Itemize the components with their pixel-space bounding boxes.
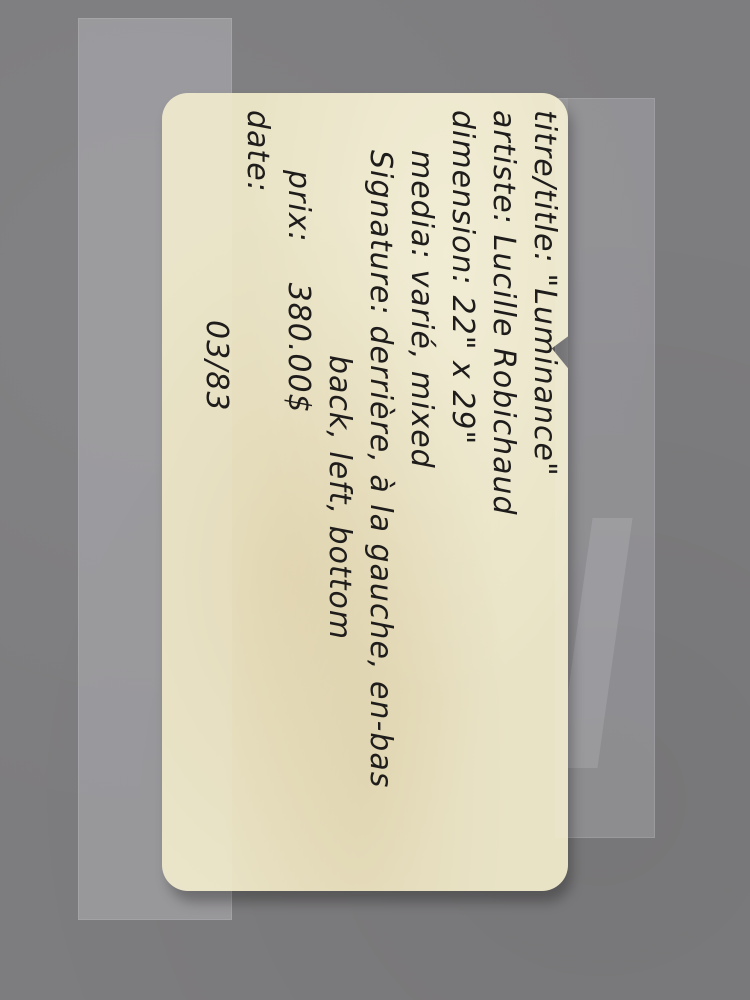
signature-line: Signature:derrière, à la gauche, en-bas: [360, 110, 401, 850]
date-value: 03/83: [196, 320, 237, 411]
date-key: date:: [237, 110, 278, 193]
price-value: 380.00$: [278, 283, 319, 414]
date-value-line: 03/83: [196, 110, 237, 850]
date-line: date:: [237, 110, 278, 850]
artist-value: Lucille Robichaud: [483, 235, 524, 516]
media-key: media:: [401, 150, 442, 260]
title-line: titre/title:"Luminance": [524, 110, 565, 850]
price-key: prix:: [278, 170, 319, 243]
signature-key: Signature:: [360, 150, 401, 316]
handwritten-label: titre/title:"Luminance" artiste:Lucille …: [165, 110, 565, 850]
signature-line-2: back, left, bottom: [319, 110, 360, 850]
price-line: prix:380.00$: [278, 110, 319, 850]
signature-value: derrière, à la gauche, en-bas: [360, 326, 401, 789]
artist-key: artiste:: [483, 110, 524, 225]
dimension-line: dimension:22" x 29": [442, 110, 483, 850]
title-key: titre/title:: [524, 110, 565, 264]
dimension-value: 22" x 29": [442, 296, 483, 446]
media-value: varié, mixed: [401, 270, 442, 469]
dimension-key: dimension:: [442, 110, 483, 286]
title-value: "Luminance": [524, 274, 565, 477]
signature-value-en: back, left, bottom: [319, 355, 360, 640]
media-line: media:varié, mixed: [401, 110, 442, 850]
artist-line: artiste:Lucille Robichaud: [483, 110, 524, 850]
